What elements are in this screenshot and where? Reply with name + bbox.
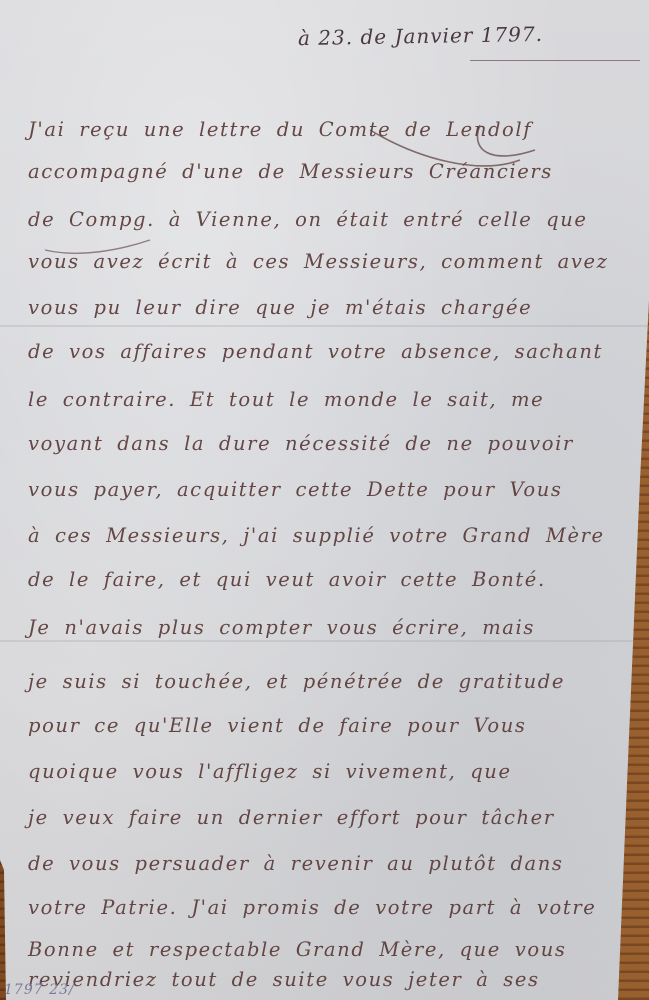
letter-line: J'ai reçu une lettre du Comte de Lendolf xyxy=(28,118,628,141)
letter-line: reviendriez tout de suite vous jeter à s… xyxy=(28,968,628,991)
paper-fold-line xyxy=(0,640,649,642)
dateline-underline xyxy=(470,60,640,61)
letter-paper: à 23. de Janvier 1797. J'ai reçu une let… xyxy=(0,0,649,1000)
letter-line: quoique vous l'affligez si vivement, que xyxy=(28,760,628,783)
letter-line: vous payer, acquitter cette Dette pour V… xyxy=(28,478,628,501)
letter-line: de vos affaires pendant votre absence, s… xyxy=(28,340,628,363)
letter-line: à ces Messieurs, j'ai supplié votre Gran… xyxy=(28,524,628,547)
paper-fold-line xyxy=(0,325,649,327)
letter-line: votre Patrie. J'ai promis de votre part … xyxy=(28,896,628,919)
letter-dateline: à 23. de Janvier 1797. xyxy=(298,22,543,50)
letter-line: accompagné d'une de Messieurs Créanciers xyxy=(28,160,628,183)
letter-line: pour ce qu'Elle vient de faire pour Vous xyxy=(28,714,628,737)
letter-line: vous pu leur dire que je m'étais chargée xyxy=(28,296,628,319)
letter-line: Je n'avais plus compter vous écrire, mai… xyxy=(28,616,628,639)
letter-line: Bonne et respectable Grand Mère, que vou… xyxy=(28,938,628,961)
letter-line: le contraire. Et tout le monde le sait, … xyxy=(28,388,628,411)
archival-margin-note: 1797 23/ xyxy=(4,982,75,998)
letter-line: je veux faire un dernier effort pour tâc… xyxy=(28,806,628,829)
letter-line: de Compg. à Vienne, on était entré celle… xyxy=(28,208,628,231)
letter-line: de vous persuader à revenir au plutôt da… xyxy=(28,852,628,875)
letter-line: voyant dans la dure nécessité de ne pouv… xyxy=(28,432,628,455)
letter-line: de le faire, et qui veut avoir cette Bon… xyxy=(28,568,628,591)
letter-line: je suis si touchée, et pénétrée de grati… xyxy=(28,670,628,693)
letter-line: vous avez écrit à ces Messieurs, comment… xyxy=(28,250,628,273)
